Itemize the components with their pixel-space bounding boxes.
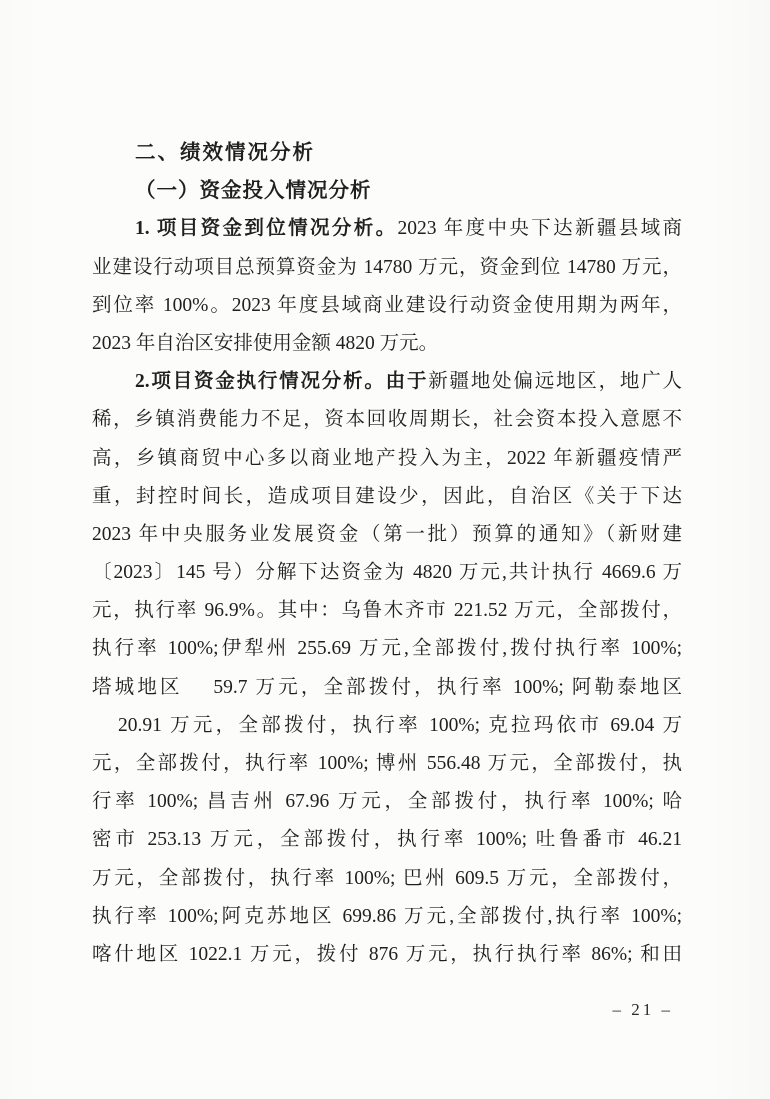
text-block: 二、绩效情况分析 （一）资金投入情况分析 1. 项目资金到位情况分析。2023 … bbox=[92, 134, 682, 974]
paragraph-2-line-4: 重，封控时间长，造成项目建设少，因此，自治区《关于下达 bbox=[92, 478, 682, 516]
paragraph-1-lead-bold: 1. 项目资金到位情况分析。 bbox=[135, 218, 397, 239]
paragraph-2-lead-bold: 2.项目资金执行情况分析。由于 bbox=[135, 371, 428, 392]
paragraph-1-line-1: 1. 项目资金到位情况分析。2023 年度中央下达新疆县域商 bbox=[92, 210, 682, 248]
paragraph-1-line-3: 到位率 100%。2023 年度县域商业建设行动资金使用期为两年， bbox=[92, 287, 682, 325]
paragraph-1-line-4: 2023 年自治区安排使用金额 4820 万元。 bbox=[92, 325, 682, 363]
paragraph-2-line-16: 喀什地区 1022.1 万元，拨付 876 万元，执行执行率 86%; 和田 bbox=[92, 936, 682, 974]
paragraph-2-line-11: 元，全部拨付，执行率 100%; 博州 556.48 万元，全部拨付，执 bbox=[92, 745, 682, 783]
section-heading: 二、绩效情况分析 bbox=[92, 134, 682, 172]
first-line-indent bbox=[92, 386, 135, 387]
paragraph-2-line-12: 行率 100%; 昌吉州 67.96 万元，全部拨付，执行率 100%; 哈 bbox=[92, 783, 682, 821]
text-run: 新疆地处偏远地区，地广人 bbox=[428, 371, 682, 392]
paragraph-2-line-8: 执行率 100%;伊犁州 255.69 万元,全部拨付,拨付执行率 100%; bbox=[92, 630, 682, 668]
hanging-indent bbox=[92, 730, 118, 731]
paragraph-2-line-6: 〔2023〕145 号）分解下达资金为 4820 万元,共计执行 4669.6 … bbox=[92, 554, 682, 592]
paragraph-2-line-9: 塔城地区 59.7 万元，全部拨付，执行率 100%; 阿勒泰地区 bbox=[92, 669, 682, 707]
paragraph-2-line-5: 2023 年中央服务业发展资金（第一批）预算的通知》（新财建 bbox=[92, 516, 682, 554]
paragraph-2-line-3: 高，乡镇商贸中心多以商业地产投入为主，2022 年新疆疫情严 bbox=[92, 440, 682, 478]
text-run: 2023 年度中央下达新疆县域商 bbox=[397, 218, 682, 239]
document-page: 二、绩效情况分析 （一）资金投入情况分析 1. 项目资金到位情况分析。2023 … bbox=[0, 0, 770, 1099]
paragraph-2-line-7: 元，执行率 96.9%。其中：乌鲁木齐市 221.52 万元，全部拨付， bbox=[92, 592, 682, 630]
first-line-indent bbox=[92, 233, 135, 234]
paragraph-2-line-10: 20.91 万元，全部拨付，执行率 100%; 克拉玛依市 69.04 万 bbox=[92, 707, 682, 745]
paragraph-2-line-14: 万元，全部拨付，执行率 100%; 巴州 609.5 万元，全部拨付， bbox=[92, 860, 682, 898]
text-run: 20.91 万元，全部拨付，执行率 100%; 克拉玛依市 69.04 万 bbox=[118, 715, 682, 736]
subsection-heading: （一）资金投入情况分析 bbox=[92, 172, 682, 210]
paragraph-2-line-2: 稀，乡镇消费能力不足，资本回收周期长，社会资本投入意愿不 bbox=[92, 401, 682, 439]
paragraph-2-line-13: 密市 253.13 万元，全部拨付，执行率 100%; 吐鲁番市 46.21 bbox=[92, 821, 682, 859]
paragraph-2-line-1: 2.项目资金执行情况分析。由于新疆地处偏远地区，地广人 bbox=[92, 363, 682, 401]
paragraph-1-line-2: 业建设行动项目总预算资金为 14780 万元，资金到位 14780 万元， bbox=[92, 249, 682, 287]
paragraph-2-line-15: 执行率 100%;阿克苏地区 699.86 万元,全部拨付,执行率 100%; bbox=[92, 898, 682, 936]
page-number: – 21 – bbox=[613, 1000, 674, 1020]
